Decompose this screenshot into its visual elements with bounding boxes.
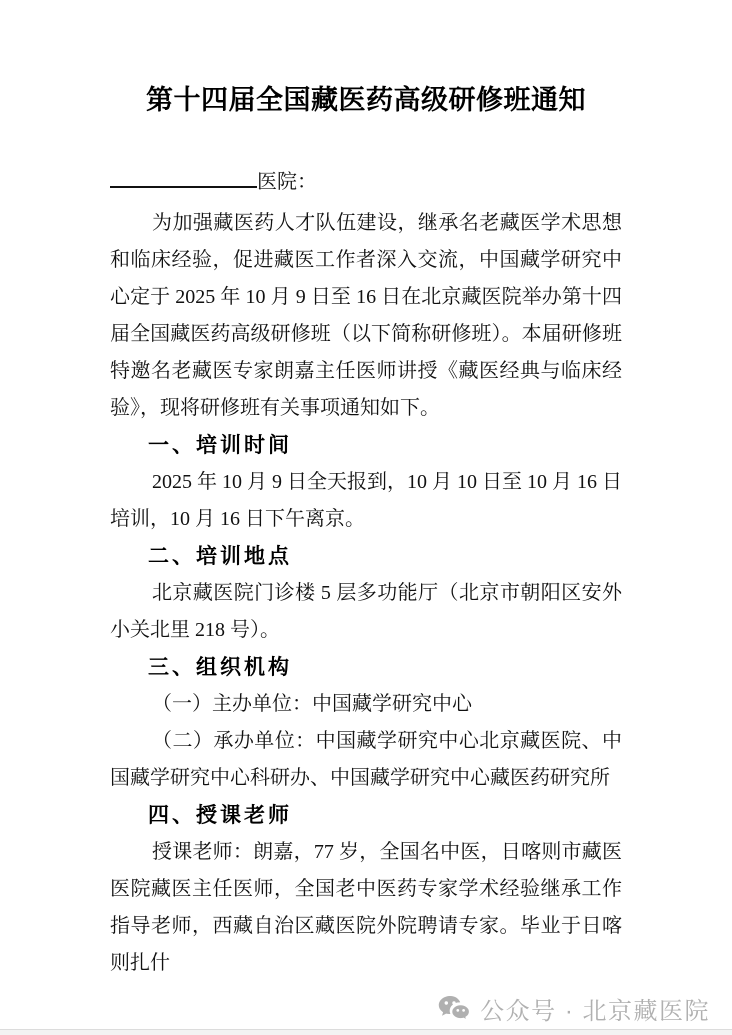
section-lecturer: 四、授课老师 授课老师：朗嘉，77 岁，全国名中医，日喀则市藏医医院藏医主任医师… (110, 797, 622, 982)
salutation-line: 医院： (110, 164, 622, 201)
section-2-paragraph: 北京藏医院门诊楼 5 层多功能厅（北京市朝阳区安外小关北里 218 号）。 (110, 575, 622, 649)
salutation-suffix: 医院： (257, 171, 317, 193)
wechat-watermark: 公众号 · 北京藏医院 (438, 991, 710, 1026)
watermark-label: 公众号 · 北京藏医院 (480, 991, 710, 1026)
section-3-paragraph-undertaker: （二）承办单位：中国藏学研究中心北京藏医院、中国藏学研究中心科研办、中国藏学研究… (110, 723, 622, 797)
recipient-blank-underline (110, 168, 257, 188)
document-title: 第十四届全国藏医药高级研修班通知 (0, 0, 732, 118)
section-3-heading: 三、组织机构 (110, 649, 622, 686)
section-training-time: 一、培训时间 2025 年 10 月 9 日全天报到，10 月 10 日至 10… (110, 427, 622, 538)
page-bottom-divider (0, 1029, 732, 1035)
section-organizers: 三、组织机构 （一）主办单位：中国藏学研究中心 （二）承办单位：中国藏学研究中心… (110, 649, 622, 797)
section-1-heading: 一、培训时间 (110, 427, 622, 464)
wechat-icon (438, 995, 471, 1023)
section-3-paragraph-host: （一）主办单位：中国藏学研究中心 (110, 686, 622, 723)
section-4-heading: 四、授课老师 (110, 797, 622, 834)
section-training-location: 二、培训地点 北京藏医院门诊楼 5 层多功能厅（北京市朝阳区安外小关北里 218… (110, 538, 622, 649)
document-body: 医院： 为加强藏医药人才队伍建设，继承名老藏医学术思想和临床经验，促进藏医工作者… (110, 164, 622, 982)
section-1-paragraph: 2025 年 10 月 9 日全天报到，10 月 10 日至 10 月 16 日… (110, 464, 622, 538)
intro-paragraph: 为加强藏医药人才队伍建设，继承名老藏医学术思想和临床经验，促进藏医工作者深入交流… (110, 205, 622, 427)
notice-document-page: 第十四届全国藏医药高级研修班通知 医院： 为加强藏医药人才队伍建设，继承名老藏医… (0, 0, 732, 1035)
section-4-paragraph: 授课老师：朗嘉，77 岁，全国名中医，日喀则市藏医医院藏医主任医师，全国老中医药… (110, 834, 622, 982)
section-2-heading: 二、培训地点 (110, 538, 622, 575)
